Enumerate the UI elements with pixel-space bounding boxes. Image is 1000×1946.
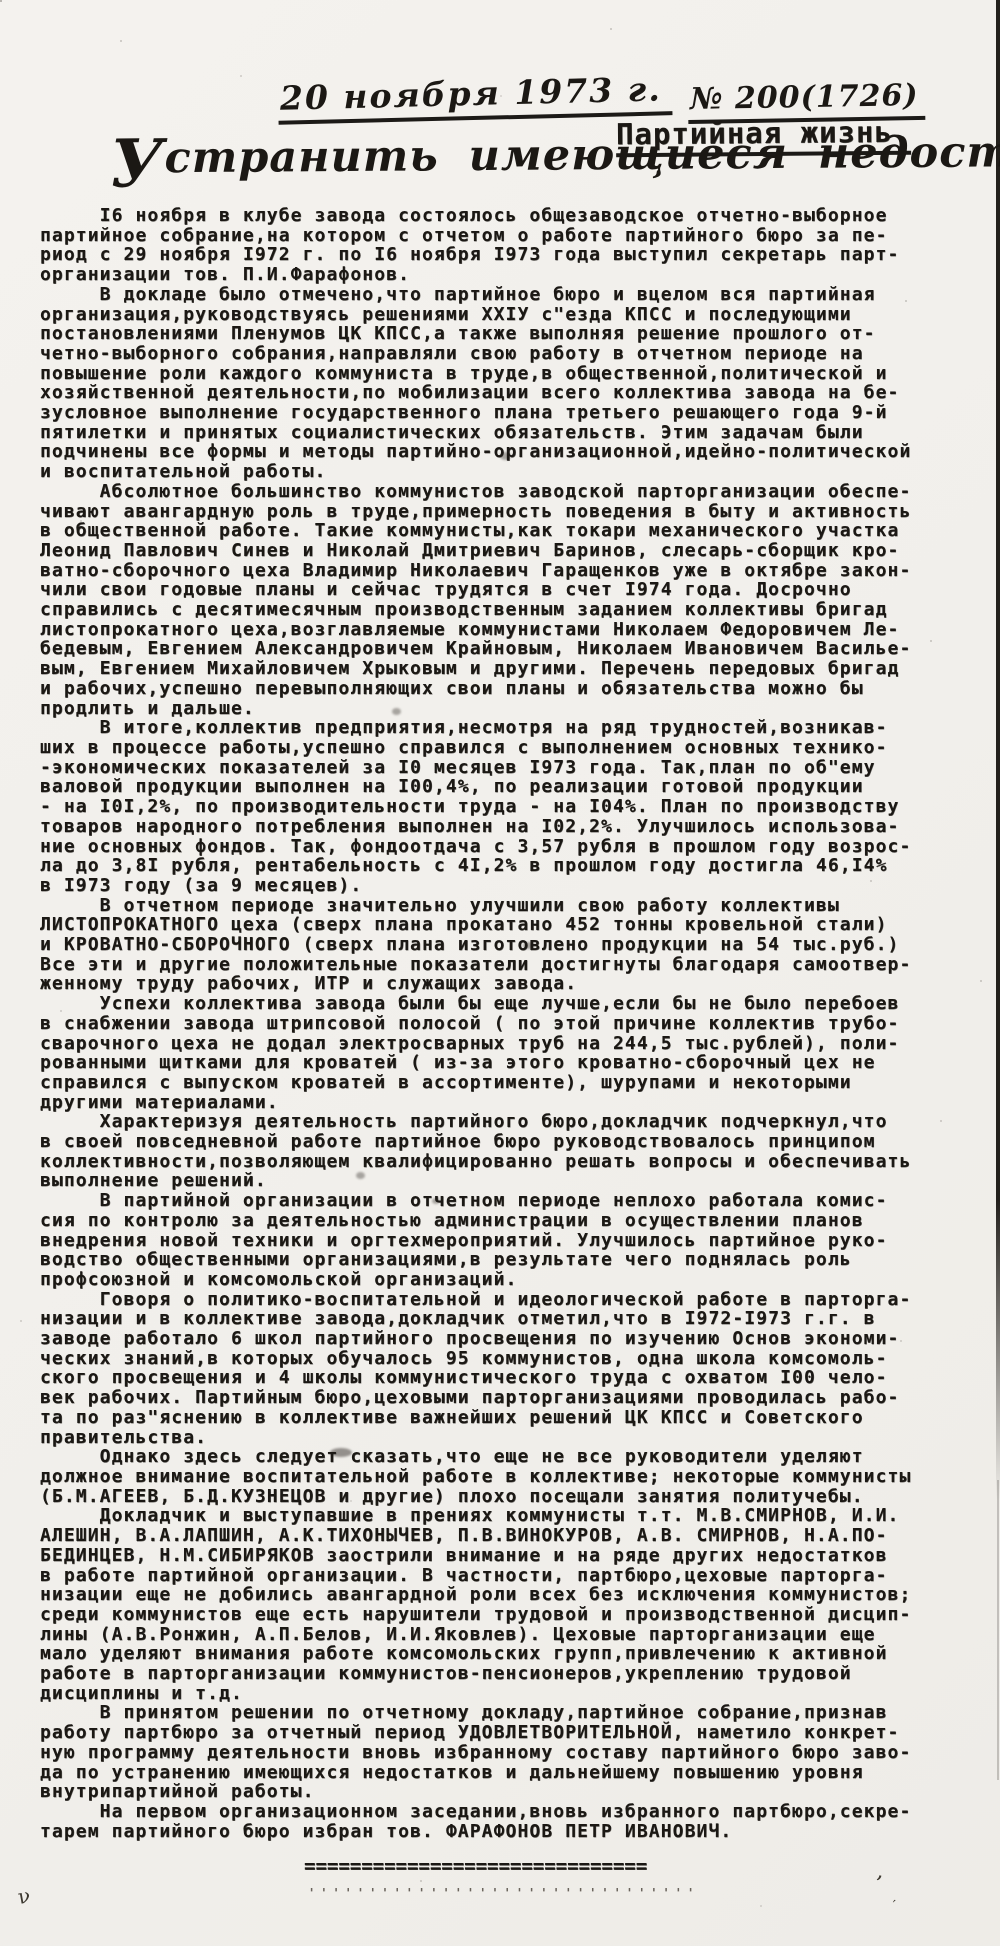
scan-edge-artifact — [996, 0, 1000, 1500]
scan-edge-artifact-faint — [997, 1480, 999, 1780]
paragraph: Характеризуя деятельность партийного бюр… — [40, 1112, 970, 1191]
pen-mark: ’ — [871, 1872, 884, 1898]
handwritten-date: 20 ноября 1973 г. — [277, 69, 672, 125]
paragraph: В принятом решении по отчетному докладу,… — [40, 1703, 970, 1841]
paragraph: Говоря о политико-воспитательной и идеол… — [40, 1290, 970, 1448]
paragraph: Абсолютное большинство коммунистов завод… — [40, 482, 970, 718]
pen-mark: ν — [16, 1883, 32, 1909]
dotted-rule: '''''''''''''''''''''''''''''''' — [308, 1886, 699, 1900]
article-title: Устранить имеющиеся недостатки — [110, 126, 1000, 185]
pen-mark: ′ — [891, 1898, 896, 1914]
paragraph: В отчетном периоде значительно улучшили … — [40, 896, 970, 995]
typed-divider: ============================== — [304, 1855, 647, 1877]
title-text: странить имеющиеся недостатки — [164, 126, 1000, 183]
paragraph: I6 ноября в клубе завода состоялось обще… — [40, 206, 970, 285]
scanned-page: 20 ноября 1973 г. № 200(1726) Партийная … — [0, 0, 1000, 1946]
paragraph: В партийной организации в отчетном перио… — [40, 1191, 970, 1290]
article-body: I6 ноября в клубе завода состоялось обще… — [40, 206, 970, 1841]
paper-noise — [0, 0, 2, 2]
paragraph: В итоге,коллектив предприятия,несмотря н… — [40, 718, 970, 895]
paragraph: Однако здесь следует сказать,что еще не … — [40, 1447, 970, 1703]
title-initial-letter: У — [110, 124, 165, 202]
paragraph: В докладе было отмечено,что партийное бю… — [40, 285, 970, 482]
paragraph: Успехи коллектива завода были бы еще луч… — [40, 994, 970, 1112]
